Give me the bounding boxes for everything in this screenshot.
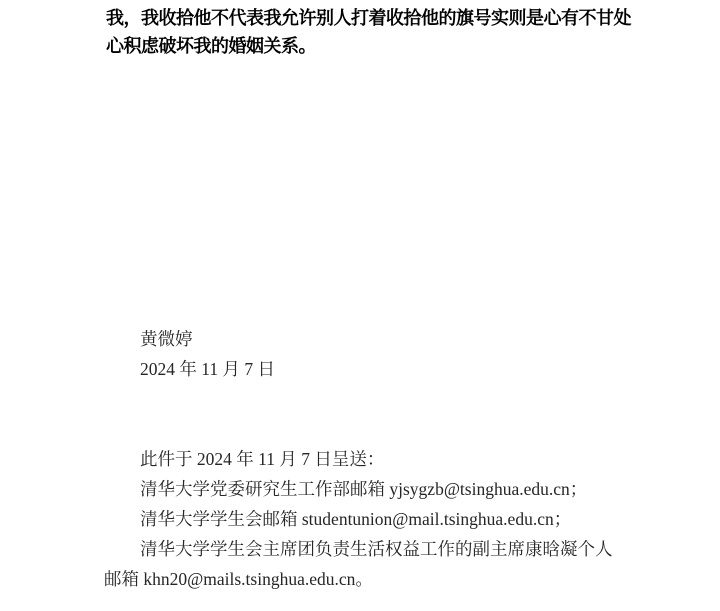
signature-name: 黄微婷 bbox=[104, 324, 275, 354]
delivery-block: 此件于 2024 年 11 月 7 日呈送： 清华大学党委研究生工作部邮箱 yj… bbox=[104, 444, 613, 594]
document-page: 我，我收拾他不代表我允许别人打着收拾他的旗号实则是心有不甘处 心积虑破坏我的婚姻… bbox=[0, 0, 720, 611]
delivery-recipient-3-line-2: 邮箱 khn20@mails.tsinghua.edu.cn。 bbox=[104, 564, 613, 594]
closing-paragraph-line-1: 我，我收拾他不代表我允许别人打着收拾他的旗号实则是心有不甘处 bbox=[106, 4, 631, 32]
delivery-recipient-3-line-1: 清华大学学生会主席团负责生活权益工作的副主席康晗凝个人 bbox=[104, 534, 613, 564]
delivery-recipient-1: 清华大学党委研究生工作部邮箱 yjsygzb@tsinghua.edu.cn； bbox=[104, 474, 613, 504]
signature-date: 2024 年 11 月 7 日 bbox=[104, 354, 275, 384]
delivery-recipient-2: 清华大学学生会邮箱 studentunion@mail.tsinghua.edu… bbox=[104, 504, 613, 534]
closing-paragraph: 我，我收拾他不代表我允许别人打着收拾他的旗号实则是心有不甘处 心积虑破坏我的婚姻… bbox=[106, 4, 631, 60]
signature-block: 黄微婷 2024 年 11 月 7 日 bbox=[104, 324, 275, 384]
closing-paragraph-line-2: 心积虑破坏我的婚姻关系。 bbox=[106, 32, 631, 60]
delivery-heading: 此件于 2024 年 11 月 7 日呈送： bbox=[104, 444, 613, 474]
